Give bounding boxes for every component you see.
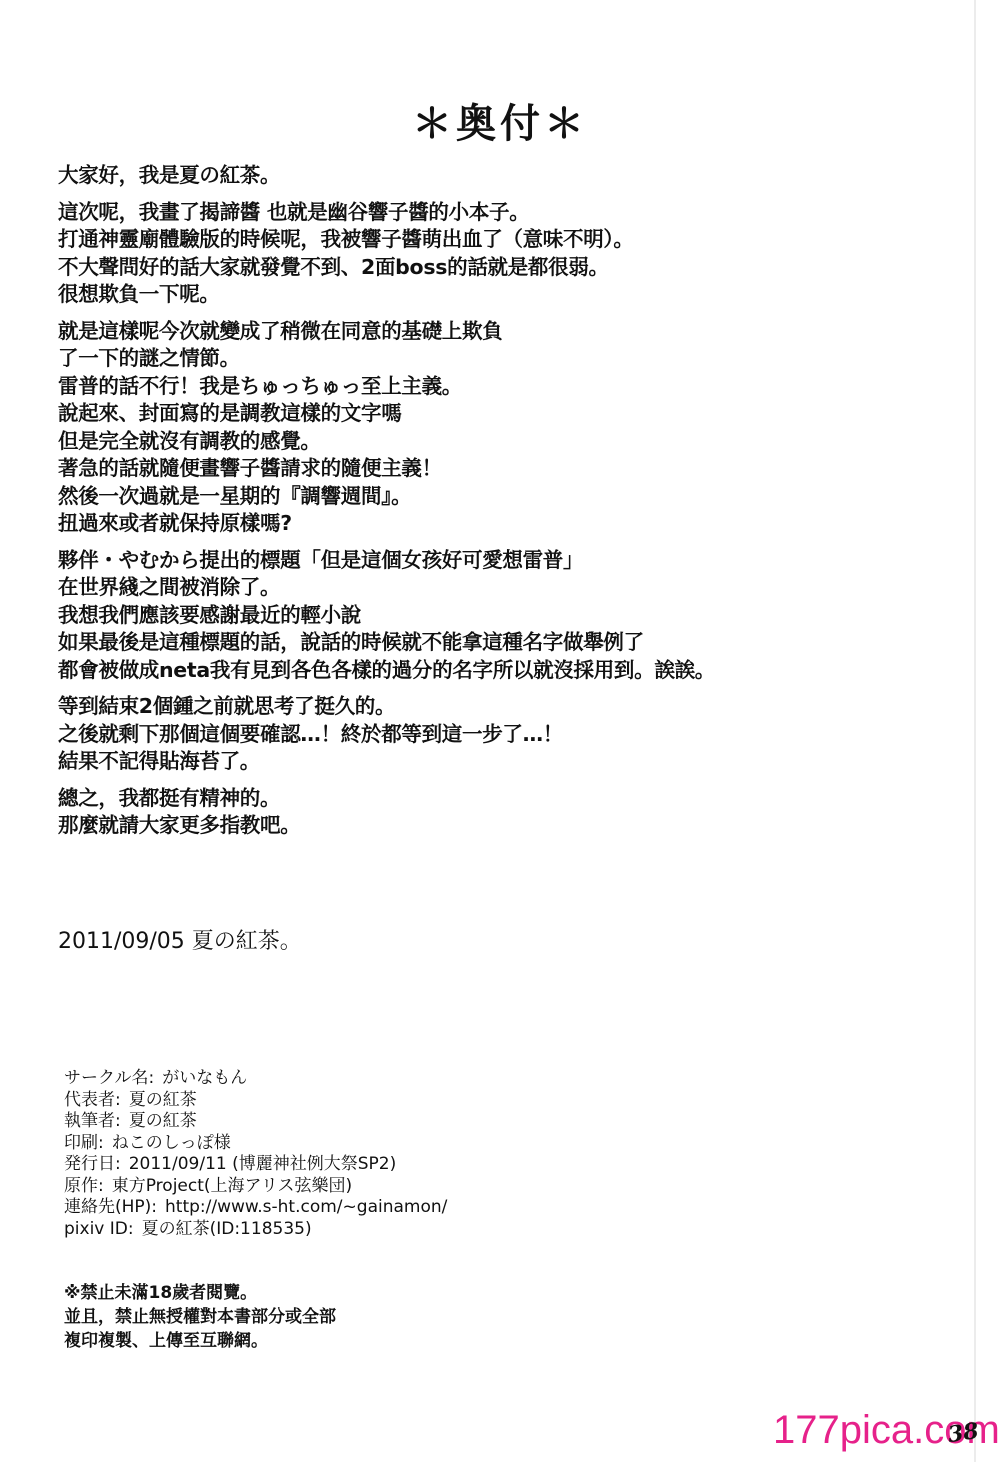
paragraph-greeting: 大家好，我是夏の紅茶。 [58,162,858,190]
colophon-row-publish-date: 発行日:2011/09/11 (博麗神社例大祭SP2) [64,1154,447,1176]
colophon-key: pixiv ID: [64,1219,134,1239]
colophon-row-circle: サークル名:がいなもん [64,1068,447,1090]
text-line: 然後一次過就是一星期的『調響週間』。 [58,483,858,511]
text-line: 就是這樣呢今次就變成了稍微在同意的基礎上欺負 [58,318,858,346]
text-line: 等到結束2個鍾之前就思考了挺久的。 [58,693,858,721]
colophon-row-representative: 代表者:夏の紅茶 [64,1090,447,1112]
text-line: 那麼就請大家更多指教吧。 [58,812,858,840]
page-edge-divider [974,0,976,1462]
text-line: 雷普的話不行！我是ちゅっちゅっ至上主義。 [58,373,858,401]
notice-line: ※禁止未滿18歲者閱覽。 [64,1281,336,1305]
colophon-key: 原作: [64,1176,104,1196]
text-line: 不大聲問好的話大家就發覺不到、2面boss的話就是都很弱。 [58,254,858,282]
colophon-value: がいなもん [162,1068,247,1088]
colophon-value: ねこのしっぽ様 [112,1133,231,1153]
text-line: 很想欺負一下呢。 [58,281,858,309]
colophon-value: http://www.s-ht.com/~gainamon/ [165,1197,447,1217]
text-line: 說起來、封面寫的是調教這樣的文字嗎 [58,400,858,428]
text-line: 但是完全就沒有調教的感覺。 [58,428,858,456]
age-restriction-notice: ※禁止未滿18歲者閱覽。 並且，禁止無授權對本書部分或全部 複印複製、上傳至互聯… [64,1281,336,1353]
colophon-row-original-work: 原作:東方Project(上海アリス弦樂団) [64,1176,447,1198]
paragraph-closing: 總之，我都挺有精神的。 那麼就請大家更多指教吧。 [58,785,858,840]
notice-line: 並且，禁止無授權對本書部分或全部 [64,1305,336,1329]
colophon-value: 夏の紅茶 [129,1090,197,1110]
text-line: 在世界綫之間被消除了。 [58,574,858,602]
text-line: 我想我們應該要感謝最近的輕小說 [58,602,858,630]
colophon-key: 執筆者: [64,1111,121,1131]
colophon-key: サークル名: [64,1068,154,1088]
paragraph-title-story: 夥伴・やむから提出的標題「但是這個女孩好可愛想雷普」 在世界綫之間被消除了。 我… [58,547,858,685]
text-line: 大家好，我是夏の紅茶。 [58,162,858,190]
page-number: 38 [946,1418,980,1448]
colophon-key: 発行日: [64,1154,121,1174]
text-line: 總之，我都挺有精神的。 [58,785,858,813]
colophon-value: 夏の紅茶 [129,1111,197,1131]
text-line: 打通神靈廟體驗版的時候呢，我被響子醬萌出血了（意味不明）。 [58,226,858,254]
page-title: ＊奥付＊ [0,92,1000,149]
colophon-row-contact: 連絡先(HP):http://www.s-ht.com/~gainamon/ [64,1197,447,1219]
text-line: 如果最後是這種標題的話，說話的時候就不能拿這種名字做舉例了 [58,629,858,657]
signature-date: 2011/09/05 夏の紅茶。 [58,928,302,956]
paragraph-intro: 這次呢，我畫了揭諦醬 也就是幽谷響子醬的小本子。 打通神靈廟體驗版的時候呢，我被… [58,199,858,309]
colophon-value: 2011/09/11 (博麗神社例大祭SP2) [129,1154,397,1174]
colophon: サークル名:がいなもん 代表者:夏の紅茶 執筆者:夏の紅茶 印刷:ねこのしっぽ様… [64,1068,447,1240]
colophon-value: 夏の紅茶(ID:118535) [142,1219,312,1239]
paragraph-story: 就是這樣呢今次就變成了稍微在同意的基礎上欺負 了一下的謎之情節。 雷普的話不行！… [58,318,858,538]
colophon-key: 印刷: [64,1133,104,1153]
colophon-value: 東方Project(上海アリス弦樂団) [112,1176,352,1196]
text-line: 結果不記得貼海苔了。 [58,748,858,776]
text-line: 都會被做成neta我有見到各色各樣的過分的名字所以就沒採用到。誒誒。 [58,657,858,685]
text-line: 這次呢，我畫了揭諦醬 也就是幽谷響子醬的小本子。 [58,199,858,227]
afterword-body: 大家好，我是夏の紅茶。 這次呢，我畫了揭諦醬 也就是幽谷響子醬的小本子。 打通神… [58,162,858,849]
colophon-row-printer: 印刷:ねこのしっぽ様 [64,1133,447,1155]
colophon-key: 連絡先(HP): [64,1197,157,1217]
text-line: 夥伴・やむから提出的標題「但是這個女孩好可愛想雷普」 [58,547,858,575]
notice-line: 複印複製、上傳至互聯網。 [64,1329,336,1353]
colophon-row-author: 執筆者:夏の紅茶 [64,1111,447,1133]
text-line: 扭過來或者就保持原樣嗎? [58,510,858,538]
colophon-key: 代表者: [64,1090,121,1110]
colophon-row-pixiv: pixiv ID:夏の紅茶(ID:118535) [64,1219,447,1241]
text-line: 之後就剩下那個這個要確認…！終於都等到這一步了…！ [58,721,858,749]
text-line: 了一下的謎之情節。 [58,345,858,373]
text-line: 著急的話就隨便畫響子醬請求的隨便主義！ [58,455,858,483]
paragraph-deadline: 等到結束2個鍾之前就思考了挺久的。 之後就剩下那個這個要確認…！終於都等到這一步… [58,693,858,776]
